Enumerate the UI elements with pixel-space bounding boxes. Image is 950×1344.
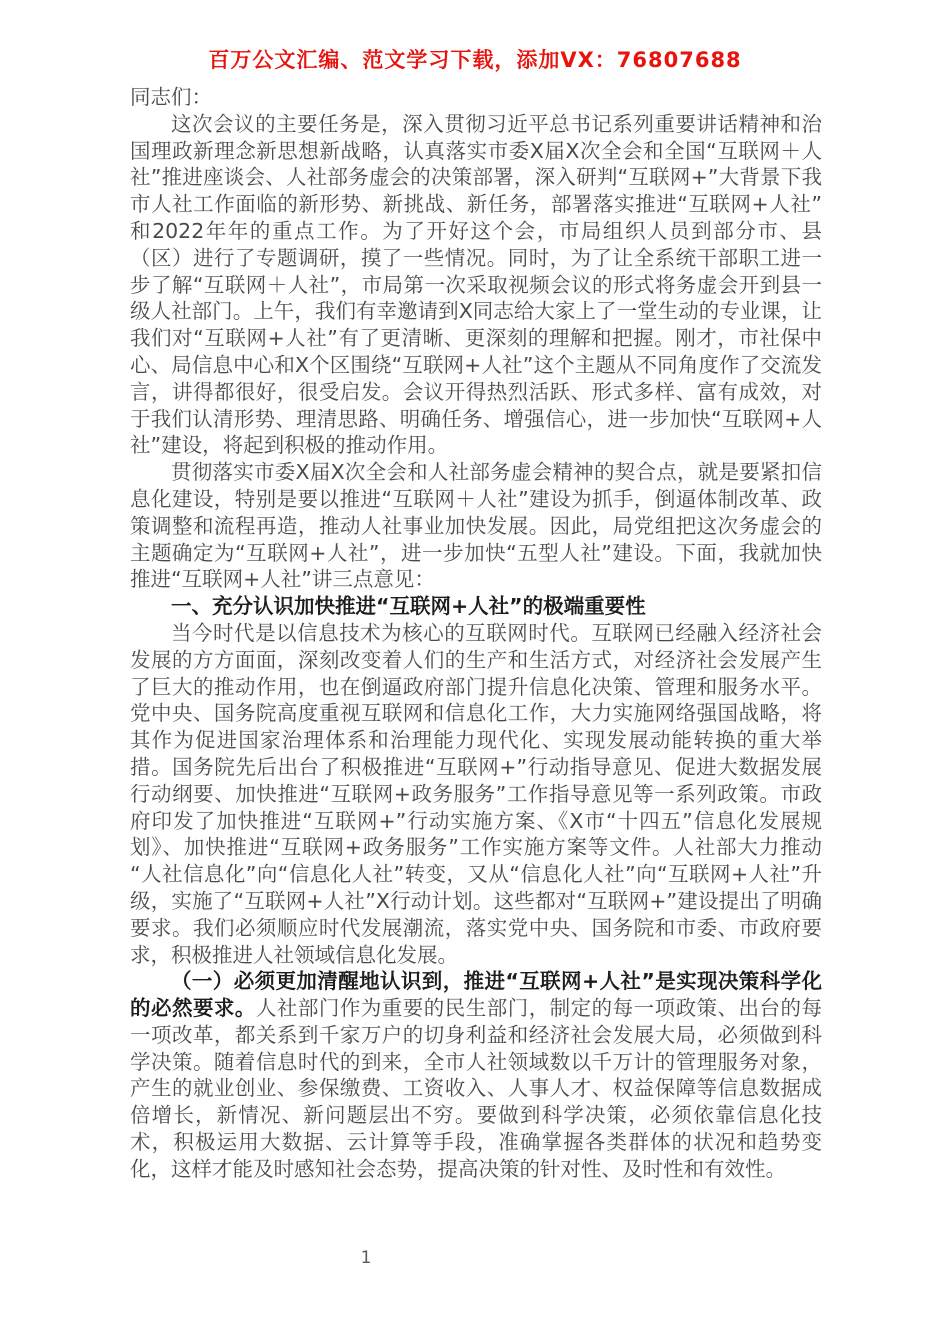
salutation: 同志们：: [130, 84, 822, 111]
section-heading-1: 一、充分认识加快推进“互联网+人社”的极端重要性: [130, 593, 822, 620]
paragraph-theme: 贯彻落实市委X届X次全会和人社部务虚会精神的契合点，就是要紧扣信息化建设，特别是…: [130, 459, 822, 593]
paragraph-point-1: （一）必须更加清醒地认识到，推进“互联网+人社”是实现决策科学化的必然要求。人社…: [130, 968, 822, 1182]
paragraph-point-1-body: 人社部门作为重要的民生部门，制定的每一项政策、出台的每一项改革，都关系到千家万户…: [130, 996, 822, 1181]
promo-header-text: 百万公文汇编、范文学习下载，添加VX：76807688: [0, 44, 950, 74]
document-page: 百万公文汇编、范文学习下载，添加VX：76807688 同志们： 这次会议的主要…: [0, 0, 950, 1344]
paragraph-importance: 当今时代是以信息技术为核心的互联网时代。互联网已经融入经济社会发展的方方面面，深…: [130, 620, 822, 968]
paragraph-intro: 这次会议的主要任务是，深入贯彻习近平总书记系列重要讲话精神和治国理政新理念新思想…: [130, 111, 822, 459]
document-body: 同志们： 这次会议的主要任务是，深入贯彻习近平总书记系列重要讲话精神和治国理政新…: [130, 84, 822, 1183]
page-number: 1: [356, 1248, 376, 1268]
